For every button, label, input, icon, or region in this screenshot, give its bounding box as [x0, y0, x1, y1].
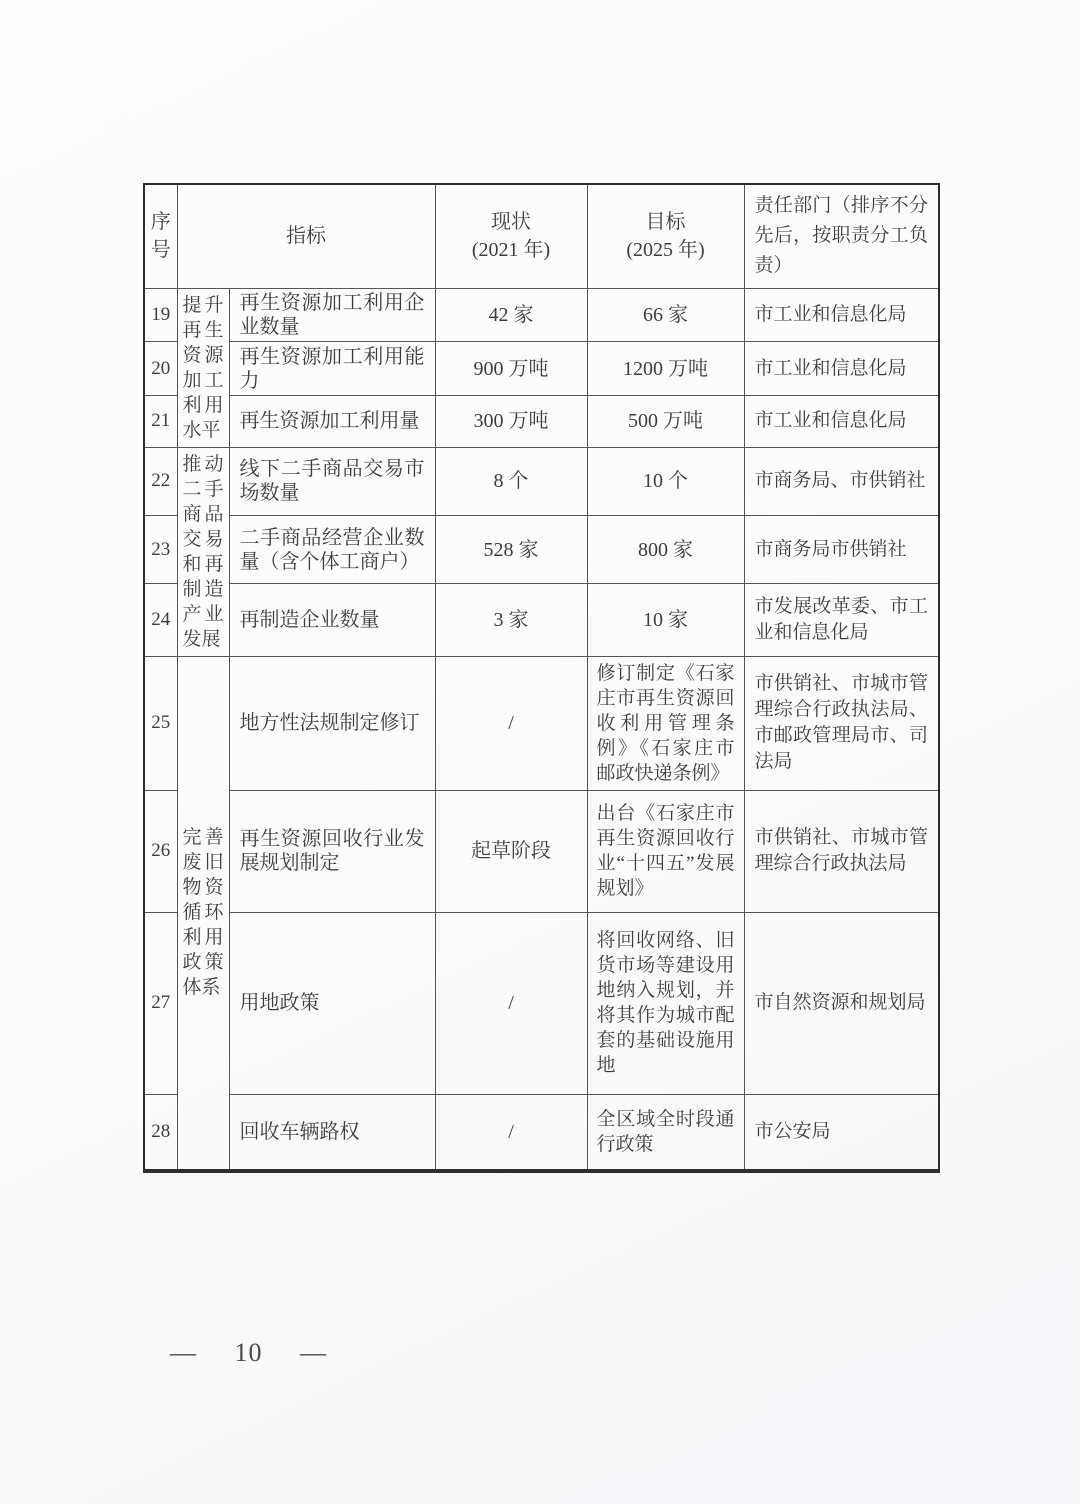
group-cell: 推动二手商品交易和再制造产业发展: [177, 447, 229, 656]
target-cell: 将回收网络、旧货市场等建设用地纳入规划，并将其作为城市配套的基础设施用地: [587, 912, 744, 1094]
serial-cell: 21: [144, 395, 177, 447]
table-row: 25 完善废旧物资循环利用政策体系 地方性法规制定修订 / 修订制定《石家庄市再…: [144, 656, 939, 790]
target-cell: 800 家: [587, 516, 744, 584]
indicators-table: 序号 指标 现状 (2021 年) 目标 (2025 年) 责任部门（排序不分先…: [143, 183, 940, 1173]
current-cell: /: [435, 656, 587, 790]
current-cell: 900 万吨: [435, 342, 587, 396]
current-cell: 3 家: [435, 584, 587, 656]
serial-cell: 19: [144, 288, 177, 342]
serial-cell: 20: [144, 342, 177, 396]
current-cell: /: [435, 912, 587, 1094]
department-cell: 市发展改革委、市工业和信息化局: [744, 584, 939, 656]
target-cell: 500 万吨: [587, 395, 744, 447]
target-cell: 10 家: [587, 584, 744, 656]
group-cell: 提升再生资源加工利用水平: [177, 288, 229, 447]
department-cell: 市工业和信息化局: [744, 395, 939, 447]
department-cell: 市商务局、市供销社: [744, 447, 939, 516]
serial-cell: 25: [144, 656, 177, 790]
indicator-cell: 线下二手商品交易市场数量: [229, 447, 435, 516]
target-cell: 10 个: [587, 447, 744, 516]
department-cell: 市商务局市供销社: [744, 516, 939, 584]
header-department: 责任部门（排序不分先后，按职责分工负责）: [744, 184, 939, 288]
indicator-cell: 二手商品经营企业数量（含个体工商户）: [229, 516, 435, 584]
indicator-cell: 再生资源加工利用量: [229, 395, 435, 447]
table-row: 19 提升再生资源加工利用水平 再生资源加工利用企业数量 42 家 66 家 市…: [144, 288, 939, 342]
table-header-row: 序号 指标 现状 (2021 年) 目标 (2025 年) 责任部门（排序不分先…: [144, 184, 939, 288]
table-row: 28 回收车辆路权 / 全区域全时段通行政策 市公安局: [144, 1094, 939, 1171]
header-target: 目标 (2025 年): [587, 184, 744, 288]
target-cell: 全区域全时段通行政策: [587, 1094, 744, 1171]
current-cell: 8 个: [435, 447, 587, 516]
table-row: 23 二手商品经营企业数量（含个体工商户） 528 家 800 家 市商务局市供…: [144, 516, 939, 584]
target-cell: 66 家: [587, 288, 744, 342]
department-cell: 市自然资源和规划局: [744, 912, 939, 1094]
indicator-cell: 用地政策: [229, 912, 435, 1094]
department-cell: 市供销社、市城市管理综合行政执法局: [744, 790, 939, 912]
header-indicator: 指标: [177, 184, 435, 288]
indicator-cell: 再生资源回收行业发展规划制定: [229, 790, 435, 912]
table-row: 27 用地政策 / 将回收网络、旧货市场等建设用地纳入规划，并将其作为城市配套的…: [144, 912, 939, 1094]
serial-cell: 22: [144, 447, 177, 516]
table-row: 26 再生资源回收行业发展规划制定 起草阶段 出台《石家庄市再生资源回收行业“十…: [144, 790, 939, 912]
document-page: { "table": { "header": { "no": "序号", "in…: [0, 0, 1080, 1504]
indicator-cell: 再生资源加工利用能力: [229, 342, 435, 396]
serial-cell: 28: [144, 1094, 177, 1171]
indicator-cell: 再生资源加工利用企业数量: [229, 288, 435, 342]
table-row: 22 推动二手商品交易和再制造产业发展 线下二手商品交易市场数量 8 个 10 …: [144, 447, 939, 516]
serial-cell: 27: [144, 912, 177, 1094]
current-cell: /: [435, 1094, 587, 1171]
table-row: 20 再生资源加工利用能力 900 万吨 1200 万吨 市工业和信息化局: [144, 342, 939, 396]
serial-cell: 24: [144, 584, 177, 656]
indicator-cell: 再制造企业数量: [229, 584, 435, 656]
indicator-cell: 回收车辆路权: [229, 1094, 435, 1171]
department-cell: 市公安局: [744, 1094, 939, 1171]
department-cell: 市供销社、市城市管理综合行政执法局、市邮政管理局市、司法局: [744, 656, 939, 790]
current-cell: 起草阶段: [435, 790, 587, 912]
footer-page-number: — 10 —: [170, 1338, 327, 1368]
table-row: 24 再制造企业数量 3 家 10 家 市发展改革委、市工业和信息化局: [144, 584, 939, 656]
header-current: 现状 (2021 年): [435, 184, 587, 288]
serial-cell: 26: [144, 790, 177, 912]
table-row: 21 再生资源加工利用量 300 万吨 500 万吨 市工业和信息化局: [144, 395, 939, 447]
current-cell: 42 家: [435, 288, 587, 342]
serial-cell: 23: [144, 516, 177, 584]
target-cell: 出台《石家庄市再生资源回收行业“十四五”发展规划》: [587, 790, 744, 912]
target-cell: 修订制定《石家庄市再生资源回收利用管理条例》《石家庄市邮政快递条例》: [587, 656, 744, 790]
group-cell: 完善废旧物资循环利用政策体系: [177, 656, 229, 1171]
current-cell: 300 万吨: [435, 395, 587, 447]
department-cell: 市工业和信息化局: [744, 288, 939, 342]
target-cell: 1200 万吨: [587, 342, 744, 396]
indicator-cell: 地方性法规制定修订: [229, 656, 435, 790]
current-cell: 528 家: [435, 516, 587, 584]
header-serial: 序号: [144, 184, 177, 288]
department-cell: 市工业和信息化局: [744, 342, 939, 396]
